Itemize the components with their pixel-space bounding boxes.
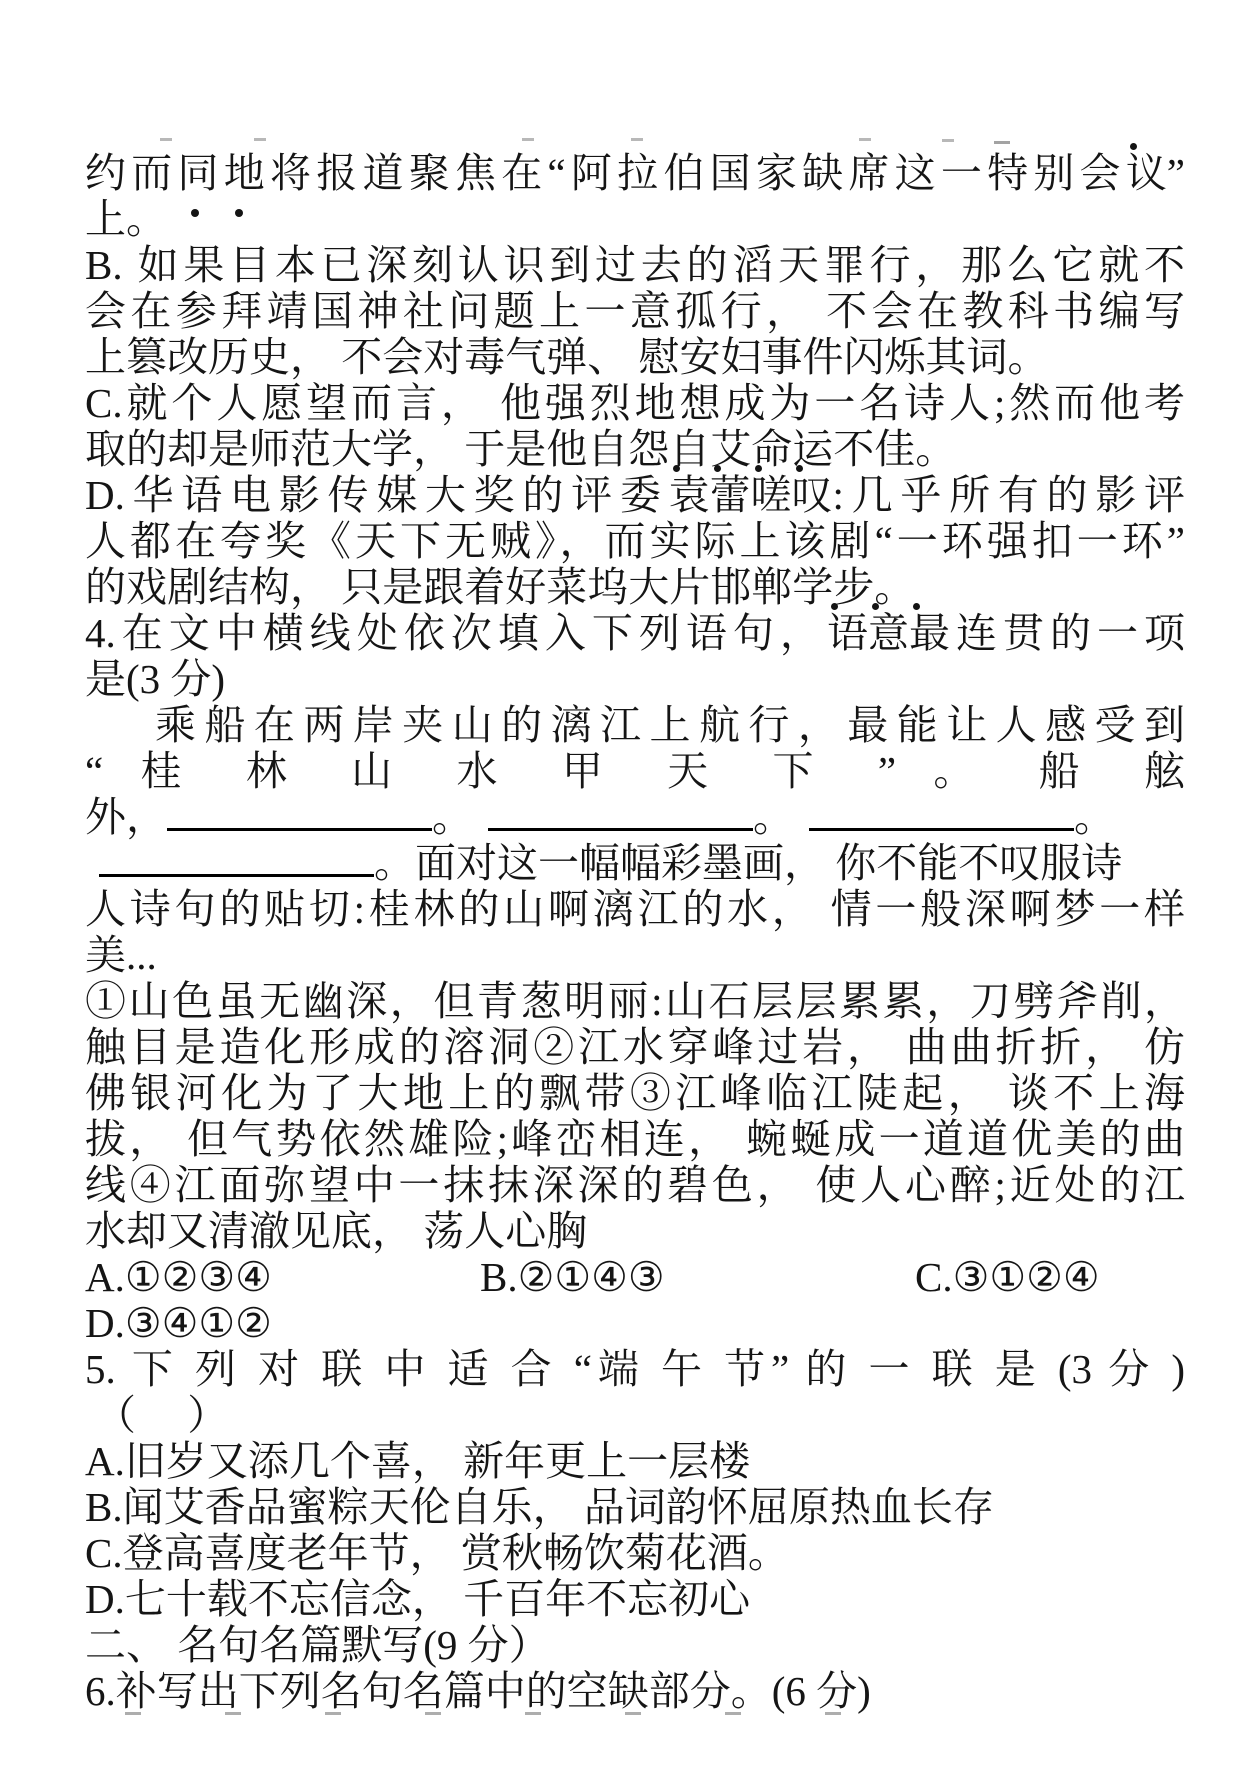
fill-blank-underline: [167, 798, 432, 831]
question-4-stem-line-2: 是(3 分): [85, 656, 1185, 702]
scan-artifact: [325, 1712, 341, 1715]
text-run: D.华语电影传媒大奖的评委: [85, 472, 669, 518]
emphasis-dot: [235, 209, 243, 217]
scan-artifact: [525, 1712, 541, 1715]
q4-choice-c: C.③①②④: [915, 1254, 1100, 1300]
exam-page-scan: 约而同地将报道聚焦在“阿拉伯国家缺席这一特别会议” 上。 B. 如果目本已深刻认…: [0, 0, 1260, 1792]
text-run-emphasis: 袁: [669, 472, 710, 518]
q3-option-b-line-2: 会在参拜靖国神社问题上一意孤行， 不会在教科书编写: [85, 288, 1185, 334]
q3-option-d-line-3: 的戏剧结构， 只是跟着好菜坞大片邯郸学步。: [85, 564, 1185, 610]
text-run-emphasis: 蕾: [710, 472, 751, 518]
text-run-emphasis: 嗟: [751, 472, 792, 518]
scan-artifact: [225, 1712, 241, 1715]
q4-sentence-2: 触目是造化形成的溶洞②江水穿峰过岩， 曲曲折折， 仿: [85, 1024, 1185, 1070]
text-run-emphasis: 议: [1126, 150, 1167, 196]
text-run: 4.在文中横线处依次填入下列语句，: [85, 610, 827, 656]
text-run: 。: [1074, 794, 1115, 840]
scan-artifact: [160, 138, 172, 141]
q4-choice-b: B.②①④③: [480, 1254, 915, 1300]
q4-passage-line-6: 美...: [85, 932, 1185, 978]
q4-passage-line-5: 人诗句的贴切:桂林的山啊漓江的水， 情一般深啊梦一样: [85, 886, 1185, 932]
q5-option-d: D.七十载不忘信念， 千百年不忘初心: [85, 1576, 1185, 1622]
q4-passage-line-4: 。面对这一幅幅彩墨画， 你不能不叹服诗: [85, 840, 1185, 886]
question-4-stem-line-1: 4.在文中横线处依次填入下列语句，语意最连贯的一项: [85, 610, 1185, 656]
text-run: ”: [1167, 150, 1185, 196]
q4-passage-line-1: 乘船在两岸夹山的漓江上航行，最能让人感受到: [85, 702, 1185, 748]
scan-artifact: [942, 139, 954, 142]
scan-artifact: [859, 138, 871, 141]
text-run: 。: [753, 794, 794, 840]
text-run: 上。: [85, 196, 167, 242]
q4-choice-a: A.①②③④: [85, 1254, 480, 1300]
q5-option-c: C.登高喜度老年节， 赏秋畅饮菊花酒。: [85, 1530, 1185, 1576]
scan-artifact: [254, 138, 266, 141]
text-run: 外，: [85, 794, 167, 840]
q3-option-a-tail-line-1: 约而同地将报道聚焦在“阿拉伯国家缺席这一特别会议”: [85, 150, 1185, 196]
scan-artifact: [125, 1712, 141, 1715]
q4-choice-d: D.③④①②: [85, 1300, 1185, 1346]
q5-option-b: B.闻艾香品蜜粽天伦自乐， 品词韵怀屈原热血长存: [85, 1484, 1185, 1530]
text-run-emphasis: 语: [827, 610, 868, 656]
section-2-heading: 二、 名句名篇默写(9 分）: [85, 1622, 1185, 1668]
scan-artifact: [425, 1712, 441, 1715]
text-run-dash-artifact: 特: [987, 150, 1028, 196]
q4-sentence-4: 拔， 但气势依然雄险;峰峦相连， 蜿蜒成一道道优美的曲: [85, 1116, 1185, 1162]
emphasis-dot: [191, 209, 199, 217]
q3-option-c-line-1: C.就个人愿望而言， 他强烈地想成为一名诗人;然而他考: [85, 380, 1185, 426]
q3-option-d-line-2: 人都在夸奖《天下无贼》，而实际上该剧“一环强扣一环”: [85, 518, 1185, 564]
scan-artifact: [825, 1712, 841, 1715]
question-5-answer-brackets: （ ）: [85, 1392, 1185, 1438]
q3-option-d-line-1: D.华语电影传媒大奖的评委袁蕾嗟叹:几乎所有的影评: [85, 472, 1185, 518]
q3-option-b-line-3: 上篡改历史， 不会对毒气弹、 慰安妇事件闪烁其词。: [85, 334, 1185, 380]
q4-sentence-3: 佛银河化为了大地上的飘带③江峰临江陡起， 谈不上海: [85, 1070, 1185, 1116]
fill-blank-underline: [809, 798, 1074, 831]
question-6-stem: 6.补写出下列名句名篇中的空缺部分。(6 分): [85, 1668, 1185, 1714]
question-5-stem-line-1: 5. 下 列 对 联 中 适 合 “端 午 节” 的 一 联 是 (3 分 ): [85, 1346, 1185, 1392]
q4-passage-blank-line: 外，。。。: [85, 794, 1185, 840]
text-run-emphasis: 叹: [792, 472, 833, 518]
scan-artifact: [625, 1712, 641, 1715]
q4-choices-row: A.①②③④B.②①④③C.③①②④: [85, 1254, 1185, 1300]
q3-option-c-line-2: 取的却是师范大学， 于是他自怨自艾命运不佳。: [85, 426, 1185, 472]
text-run: 。: [432, 794, 473, 840]
text-run: 连贯的一项: [950, 610, 1185, 656]
scan-artifact: [725, 1712, 741, 1715]
q3-option-a-tail-line-2: 上。: [85, 196, 1185, 242]
q4-sentence-1: ①山色虽无幽深，但青葱明丽:山石层层累累，刀劈斧削，: [85, 978, 1185, 1024]
scan-artifact: [522, 138, 534, 141]
text-run: 别会: [1028, 150, 1126, 196]
text-run: 。面对这一幅幅彩墨画， 你不能不叹服诗: [374, 840, 1122, 886]
q4-sentence-5: 线④江面弥望中一抹抹深深的碧色， 使人心醉;近处的江: [85, 1162, 1185, 1208]
q4-passage-line-2: “ 桂 林 山 水 甲 天 下 ” 。 船 舷: [85, 748, 1185, 794]
q5-option-a: A.旧岁又添几个喜， 新年更上一层楼: [85, 1438, 1185, 1484]
q4-sentence-6: 水却又清澈见底， 荡人心胸: [85, 1208, 1185, 1254]
fill-blank-underline: [488, 798, 753, 831]
text-run-emphasis: 最: [909, 610, 950, 656]
fill-blank-underline: [99, 844, 374, 877]
scan-artifact: [631, 138, 643, 141]
text-run: 约而同地将报道聚焦在“阿拉伯国家缺席这一: [85, 150, 987, 196]
document-text: 约而同地将报道聚焦在“阿拉伯国家缺席这一特别会议” 上。 B. 如果目本已深刻认…: [85, 150, 1185, 1714]
q3-option-b-line-1: B. 如果目本已深刻认识到过去的滔天罪行，那么它就不: [85, 242, 1185, 288]
text-run: :几乎所有的影评: [833, 472, 1185, 518]
text-run-emphasis: 意: [868, 610, 909, 656]
